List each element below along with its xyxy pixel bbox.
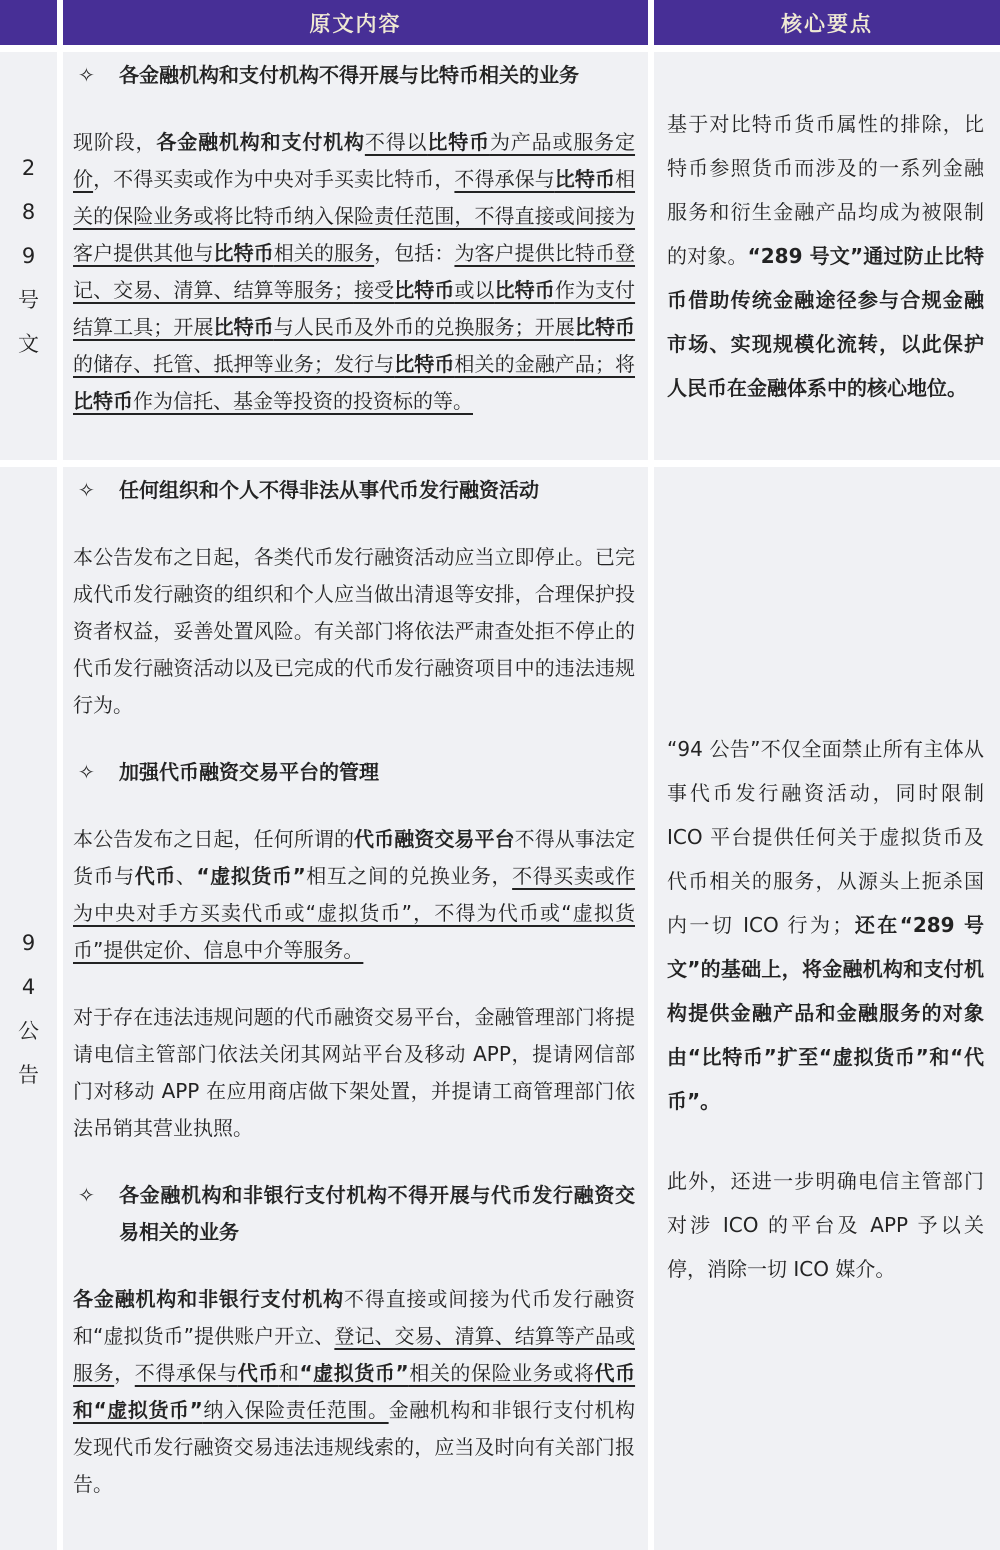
text-run: 还在“289 号文”的基础上，将金融机构和支付机构提供金融产品和金融服务的对象由…: [667, 913, 984, 1113]
header-key-points-column: 核心要点: [654, 0, 1000, 45]
text-run: “虚拟货币”: [299, 1361, 408, 1385]
text-run: 不得承保与: [135, 1361, 238, 1385]
text-run: ，包括：: [374, 241, 454, 265]
clause-heading: ✧任何组织和个人不得非法从事代币发行融资活动: [73, 472, 635, 509]
text-run: 不得承保与: [454, 167, 554, 191]
text-run: 代币: [135, 864, 176, 888]
header-key-points-label: 核心要点: [781, 8, 873, 38]
clause-paragraph: 本公告发布之日起，各类代币发行融资活动应当立即停止。已完成代币发行融资的组织和个…: [73, 539, 635, 724]
original-content-cell-2: ✧任何组织和个人不得非法从事代币发行融资活动本公告发布之日起，各类代币发行融资活…: [63, 467, 648, 1550]
doc-label-289号文: 289号文: [0, 52, 57, 460]
text-run: 的储存、托管、抵押等业务；发行与: [73, 352, 394, 376]
text-run: 比特币: [73, 389, 133, 413]
clause-heading-text: 加强代币融资交易平台的管理: [119, 754, 635, 791]
header-original-content-label: 原文内容: [310, 8, 402, 38]
text-run: 代币融资交易平台: [354, 827, 515, 851]
key-points-cell-1: 基于对比特币货币属性的排除，比特币参照货币而涉及的一系列金融服务和衍生金融产品均…: [654, 52, 1000, 460]
clause-paragraph: 对于存在违法违规问题的代币融资交易平台，金融管理部门将提请电信主管部门依法关闭其…: [73, 999, 635, 1147]
text-run: 和: [279, 1361, 300, 1385]
text-run: 作为信托、基金等投资的投资标的等。: [133, 389, 473, 413]
clause-heading: ✧各金融机构和非银行支付机构不得开展与代币发行融资交易相关的业务: [73, 1177, 635, 1251]
text-run: 对于存在违法违规问题的代币融资交易平台，金融管理部门将提请电信主管部门依法关闭其…: [73, 1005, 635, 1140]
diamond-bullet-icon: ✧: [73, 1177, 119, 1251]
text-run: 相互之间的兑换业务，: [306, 864, 512, 888]
text-run: 或以: [454, 278, 494, 302]
text-run: 、: [176, 864, 197, 888]
text-run: “94 公告”不仅全面禁止所有主体从事代币发行融资活动，同时限制 ICO 平台提…: [667, 737, 984, 937]
regulation-table: 原文内容 核心要点 289号文✧各金融机构和支付机构不得开展与比特币相关的业务现…: [0, 0, 1000, 1550]
text-run: 不得以: [365, 130, 428, 154]
text-run: 相关的服务: [274, 241, 374, 265]
text-run: 任何组织和个人不得非法从事代币发行融资活动: [119, 478, 539, 502]
key-points-paragraph: 基于对比特币货币属性的排除，比特币参照货币而涉及的一系列金融服务和衍生金融产品均…: [667, 102, 984, 410]
text-run: 各金融机构和支付机构不得开展与比特币相关的业务: [119, 63, 579, 87]
text-run: 代币: [238, 1361, 279, 1385]
doc-label-94公告: 94公告: [0, 467, 57, 1550]
text-run: 比特币: [394, 278, 454, 302]
text-run: 相关的金融产品；将: [454, 352, 635, 376]
clause-paragraph: 本公告发布之日起，任何所谓的代币融资交易平台不得从事法定货币与代币、“虚拟货币”…: [73, 821, 635, 969]
text-run: 相关的保险业务或将: [409, 1361, 595, 1385]
text-run: 接受: [354, 278, 394, 302]
diamond-bullet-icon: ✧: [73, 754, 119, 791]
header-original-content-column: 原文内容: [63, 0, 648, 45]
text-run: ，不得买卖或作为中央对手买卖比特币，: [93, 167, 454, 191]
original-content-cell-1: ✧各金融机构和支付机构不得开展与比特币相关的业务现阶段，各金融机构和支付机构不得…: [63, 52, 648, 460]
text-run: 本公告发布之日起，各类代币发行融资活动应当立即停止。已完成代币发行融资的组织和个…: [73, 545, 635, 717]
text-run: 比特币: [214, 315, 274, 339]
text-run: 与人民币及外币的兑换服务；开展: [274, 315, 575, 339]
clause-paragraph: 各金融机构和非银行支付机构不得直接或间接为代币发行融资和“虚拟货币”提供账户开立…: [73, 1281, 635, 1503]
header-corner-cell: [0, 0, 57, 45]
text-run: 各金融机构和支付机构: [156, 130, 364, 154]
text-run: 此外，还进一步明确电信主管部门对涉 ICO 的平台及 APP 予以关停，消除一切…: [667, 1169, 984, 1281]
doc-label-char: 9: [22, 234, 35, 278]
clause-paragraph: 现阶段，各金融机构和支付机构不得以比特币为产品或服务定价，不得买卖或作为中央对手…: [73, 124, 635, 420]
text-run: 现阶段，: [73, 130, 156, 154]
doc-label-char: 4: [22, 965, 35, 1009]
text-run: 比特币: [575, 315, 635, 339]
doc-label-char: 2: [22, 146, 35, 190]
doc-label-char: 文: [18, 322, 39, 366]
doc-label-char: 告: [18, 1053, 39, 1097]
doc-label-char: 号: [18, 278, 39, 322]
text-run: 比特币: [427, 130, 490, 154]
diamond-bullet-icon: ✧: [73, 57, 119, 94]
text-run: 比特币: [394, 352, 454, 376]
clause-heading-text: 任何组织和个人不得非法从事代币发行融资活动: [119, 472, 635, 509]
text-run: 比特币: [495, 278, 555, 302]
text-run: ，: [114, 1361, 135, 1385]
key-points-paragraph: 此外，还进一步明确电信主管部门对涉 ICO 的平台及 APP 予以关停，消除一切…: [667, 1159, 984, 1291]
text-run: 各金融机构和非银行支付机构不得开展与代币发行融资交易相关的业务: [119, 1183, 635, 1244]
text-run: 比特币: [555, 167, 615, 191]
doc-label-char: 9: [22, 921, 35, 965]
clause-heading: ✧各金融机构和支付机构不得开展与比特币相关的业务: [73, 57, 635, 94]
text-run: 比特币: [214, 241, 274, 265]
key-points-paragraph: “94 公告”不仅全面禁止所有主体从事代币发行融资活动，同时限制 ICO 平台提…: [667, 727, 984, 1123]
clause-heading-text: 各金融机构和支付机构不得开展与比特币相关的业务: [119, 57, 635, 94]
text-run: “虚拟货币”: [197, 864, 306, 888]
clause-heading: ✧加强代币融资交易平台的管理: [73, 754, 635, 791]
text-run: 本公告发布之日起，任何所谓的: [73, 827, 354, 851]
diamond-bullet-icon: ✧: [73, 472, 119, 509]
text-run: 加强代币融资交易平台的管理: [119, 760, 379, 784]
text-run: 各金融机构和非银行支付机构: [73, 1287, 344, 1311]
clause-heading-text: 各金融机构和非银行支付机构不得开展与代币发行融资交易相关的业务: [119, 1177, 635, 1251]
doc-label-char: 8: [22, 190, 35, 234]
doc-label-char: 公: [18, 1009, 39, 1053]
text-run: 纳入保险责任范围。: [203, 1398, 389, 1422]
key-points-cell-2: “94 公告”不仅全面禁止所有主体从事代币发行融资活动，同时限制 ICO 平台提…: [654, 467, 1000, 1550]
